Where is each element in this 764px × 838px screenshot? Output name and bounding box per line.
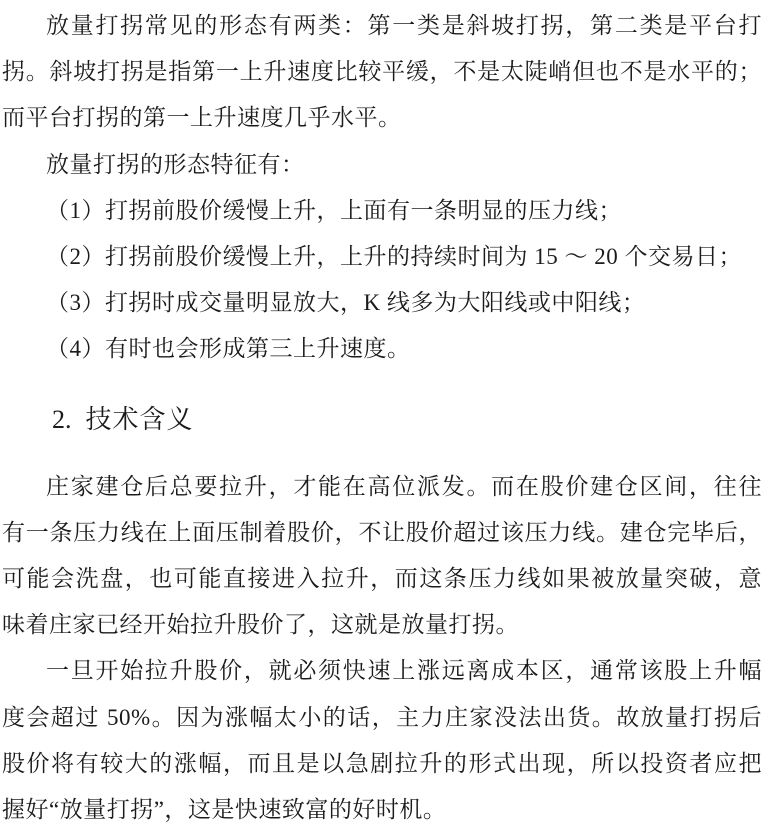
features-intro-line: 放量打拐的形态特征有： bbox=[2, 142, 762, 188]
paragraph-line: 股价将有较大的涨幅，而且是以急剧拉升的形式出现，所以投资者应把 bbox=[2, 741, 762, 787]
feature-item-4: （4）有时也会形成第三上升速度。 bbox=[2, 326, 762, 372]
paragraph-line: 拐。斜坡打拐是指第一上升速度比较平缓，不是太陡峭但也不是水平的； bbox=[2, 49, 762, 95]
paragraph-line: 握好“放量打拐”，这是快速致富的好时机。 bbox=[2, 787, 762, 833]
paragraph-line: 而平台打拐的第一上升速度几乎水平。 bbox=[2, 95, 762, 141]
paragraph-line: 一旦开始拉升股价，就必须快速上涨远离成本区，通常该股上升幅 bbox=[2, 648, 762, 694]
section-heading: 2.技术含义 bbox=[2, 397, 762, 443]
paragraph-line: 度会超过 50%。因为涨幅太小的话，主力庄家没法出货。故放量打拐后 bbox=[2, 695, 762, 741]
paragraph-line: 庄家建仓后总要拉升，才能在高位派发。而在股价建仓区间，往往 bbox=[2, 464, 762, 510]
section-number: 2. bbox=[52, 397, 72, 443]
paragraph-line: 放量打拐常见的形态有两类：第一类是斜坡打拐，第二类是平台打 bbox=[2, 3, 762, 49]
paragraph-line: 味着庄家已经开始拉升股价了，这就是放量打拐。 bbox=[2, 602, 762, 648]
section-title: 技术含义 bbox=[86, 405, 194, 434]
paragraph-line: 可能会洗盘，也可能直接进入拉升，而这条压力线如果被放量突破，意 bbox=[2, 556, 762, 602]
paragraph-line: 有一条压力线在上面压制着股价，不让股价超过该压力线。建仓完毕后， bbox=[2, 510, 762, 556]
feature-item-1: （1）打拐前股价缓慢上升，上面有一条明显的压力线； bbox=[2, 188, 762, 234]
book-page: 放量打拐常见的形态有两类：第一类是斜坡打拐，第二类是平台打 拐。斜坡打拐是指第一… bbox=[0, 0, 764, 838]
feature-item-3: （3）打拐时成交量明显放大，K 线多为大阳线或中阳线； bbox=[2, 280, 762, 326]
feature-item-2: （2）打拐前股价缓慢上升，上升的持续时间为 15 ～ 20 个交易日； bbox=[2, 234, 762, 280]
